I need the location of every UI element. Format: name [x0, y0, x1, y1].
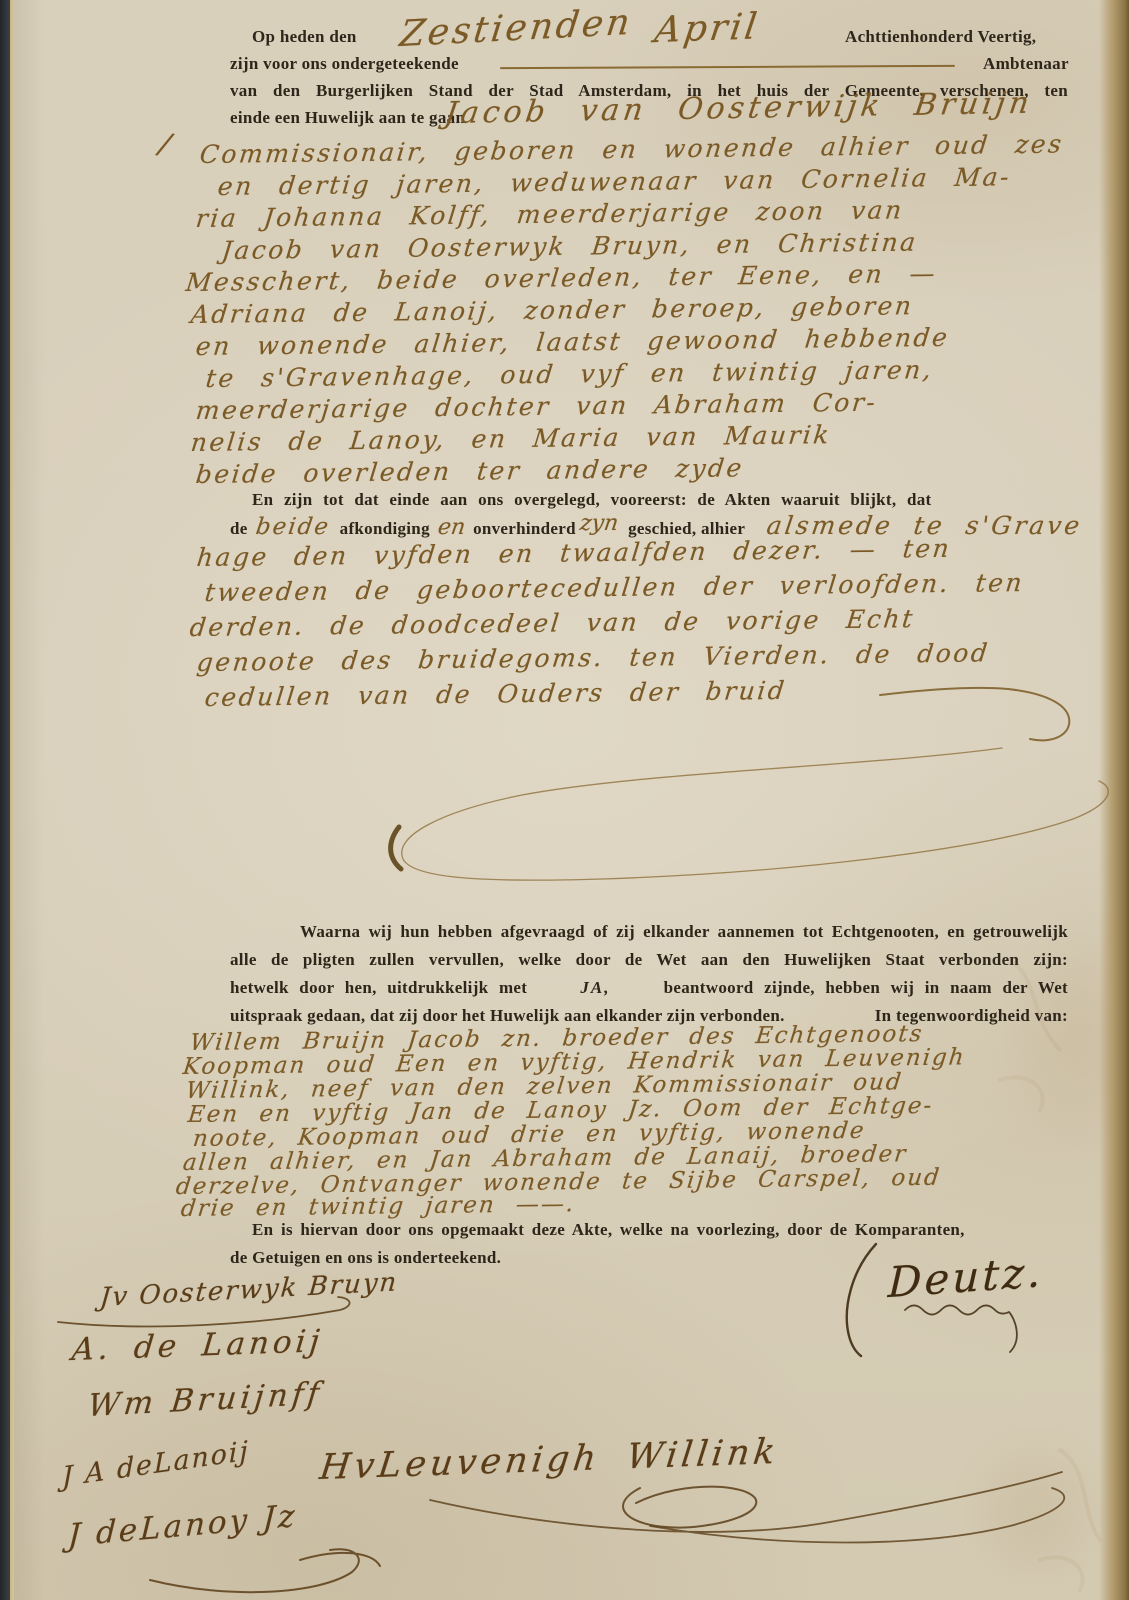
vows-line4: uitspraak gedaan, dat zij door het Huwel… — [230, 1006, 1068, 1026]
printed-onverhinderd: onverhinderd — [473, 519, 576, 539]
hand-zyn: zyn — [578, 511, 620, 536]
printed-year: Achttienhonderd Veertig, — [845, 27, 1036, 47]
hand-beide: beide — [254, 514, 332, 540]
book-binding-edge — [0, 0, 10, 1600]
binding-highlight — [10, 0, 14, 1600]
page-gutter-edge — [1099, 0, 1129, 1600]
printed-de: de — [230, 519, 248, 539]
vows-line3: hetwelk door hen, uitdrukkelijk met JA, … — [230, 978, 1068, 998]
hand-en: en — [436, 515, 467, 540]
vows-line3-post: beantwoord zijnde, hebben wij in naam de… — [664, 978, 1068, 998]
vows-line1: Waarna wij hun hebben afgevraagd of zij … — [300, 922, 1068, 942]
printed-line4: einde een Huwelijk aan te gaan — [230, 108, 465, 128]
printed-date-prefix: Op heden den — [252, 27, 357, 47]
documents-mixed-line: de beide afkondiging en onverhinderd zyn… — [230, 511, 1100, 540]
marriage-record-page: { "colors": { "paper": "#d8cfba", "bindi… — [0, 0, 1129, 1600]
documents-printed-line1: En zijn tot dat einde aan ons overgelegd… — [252, 490, 932, 510]
vows-line2: alle de pligten zullen vervullen, welke … — [230, 950, 1068, 970]
printed-line2-right: Ambtenaar — [983, 54, 1069, 74]
witness-line: drie en twintig jaren ——. — [180, 1191, 577, 1222]
hand-month: April — [652, 6, 762, 51]
vows-ja: JA, — [580, 978, 610, 998]
vows-line3-pre: hetwelk door hen, uitdrukkelijk met — [230, 978, 527, 998]
closing-line2: de Getuigen en ons is onderteekend. — [230, 1248, 501, 1268]
closing-line1: En is hiervan door ons opgemaakt deze Ak… — [252, 1220, 965, 1240]
printed-line2-left: zijn voor ons ondergeteekende — [230, 54, 459, 74]
printed-afkondiging: afkondiging — [340, 519, 430, 539]
